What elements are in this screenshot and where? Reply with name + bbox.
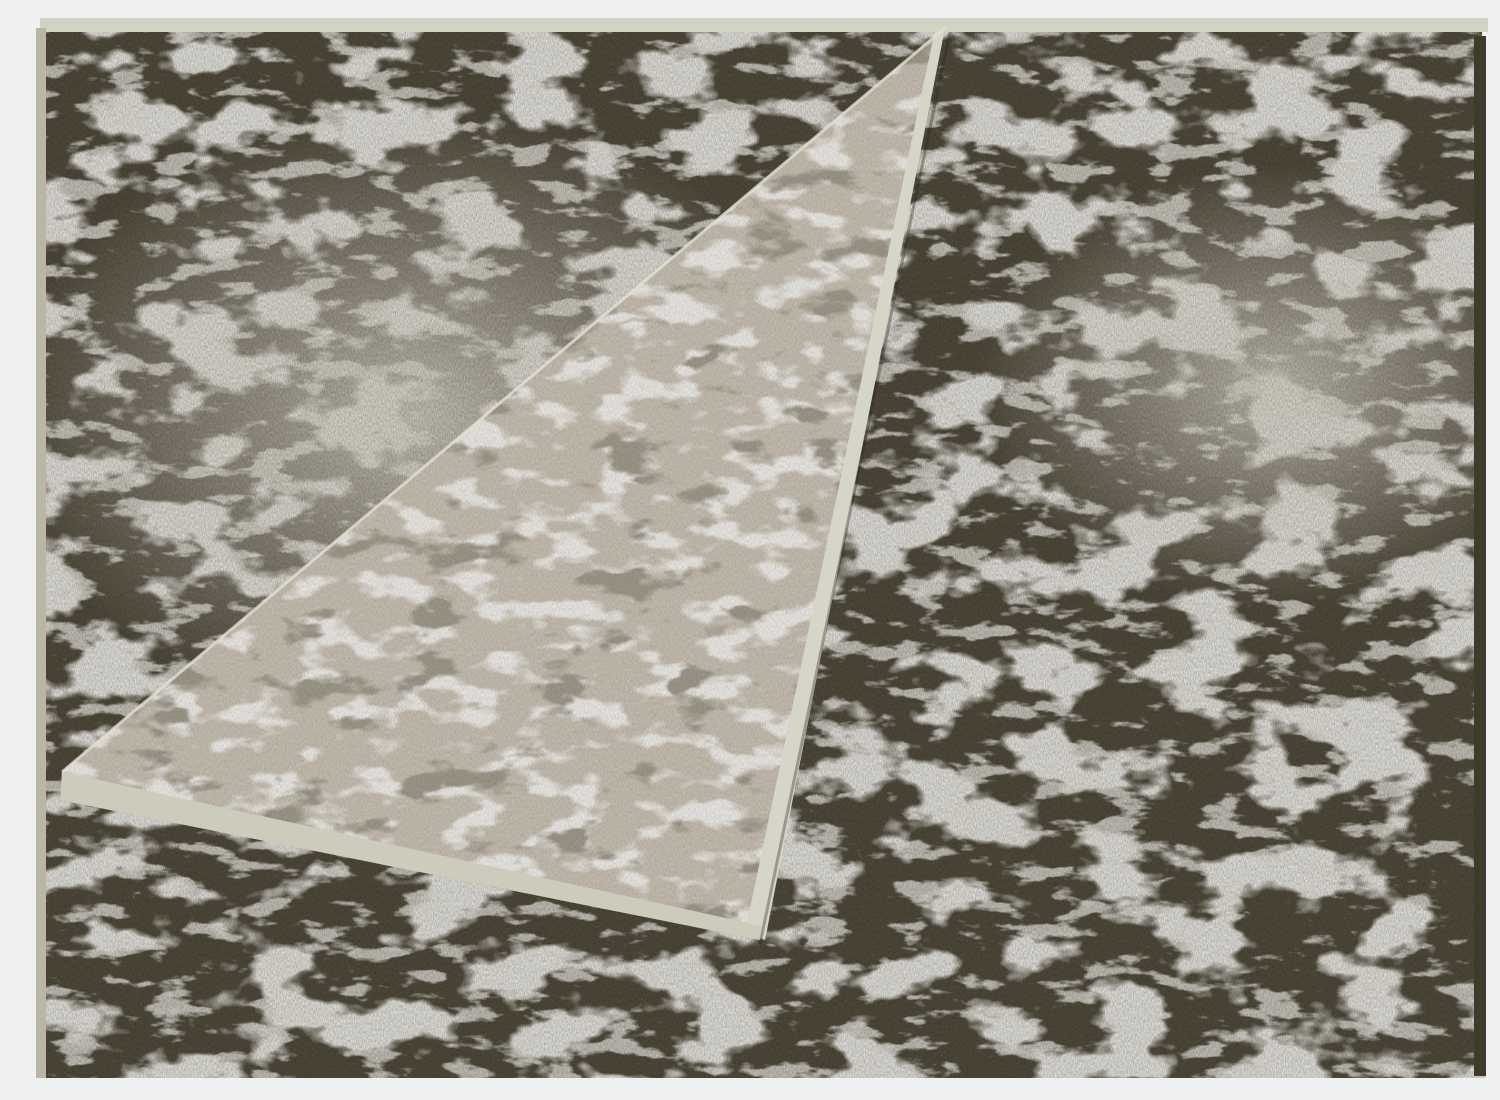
rug-binding-left — [36, 28, 46, 1078]
rug-binding-right — [1474, 36, 1486, 1076]
rug-image — [0, 0, 1500, 1100]
rug-fringe-top — [40, 18, 1488, 32]
product-photo — [0, 0, 1500, 1100]
